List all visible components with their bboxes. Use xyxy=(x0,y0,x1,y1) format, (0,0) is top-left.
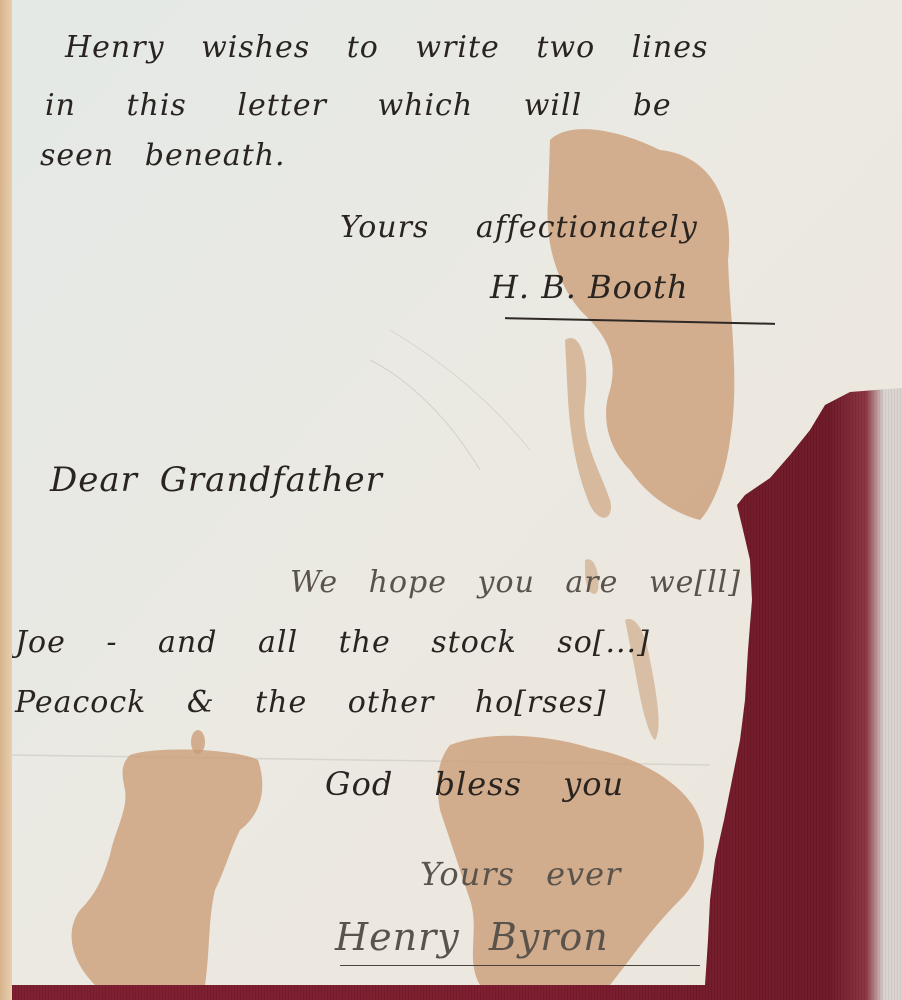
photo-scene: Henry wishes to write two lines in this … xyxy=(0,0,902,1000)
letter-paper: Henry wishes to write two lines in this … xyxy=(10,0,902,1000)
letter-line-2: in this letter which will be xyxy=(45,88,672,123)
blessing: God bless you xyxy=(325,765,624,803)
salutation: Dear Grandfather xyxy=(50,460,383,500)
closing-1: Yours affectionately xyxy=(340,210,698,245)
paper-edge-strip xyxy=(0,0,12,1000)
letter-line-4: We hope you are we[ll] xyxy=(290,565,741,600)
signature-2: Henry Byron xyxy=(335,915,609,959)
letter-line-6: Peacock & the other ho[rses] xyxy=(15,685,607,720)
letter-line-3: seen beneath. xyxy=(40,138,286,173)
closing-2: Yours ever xyxy=(420,855,621,893)
signature-2-underline xyxy=(340,965,700,966)
letter-line-5: Joe - and all the stock so[...] xyxy=(15,625,650,660)
letter-line-1: Henry wishes to write two lines xyxy=(65,30,708,65)
signature-1: H. B. Booth xyxy=(490,268,689,306)
